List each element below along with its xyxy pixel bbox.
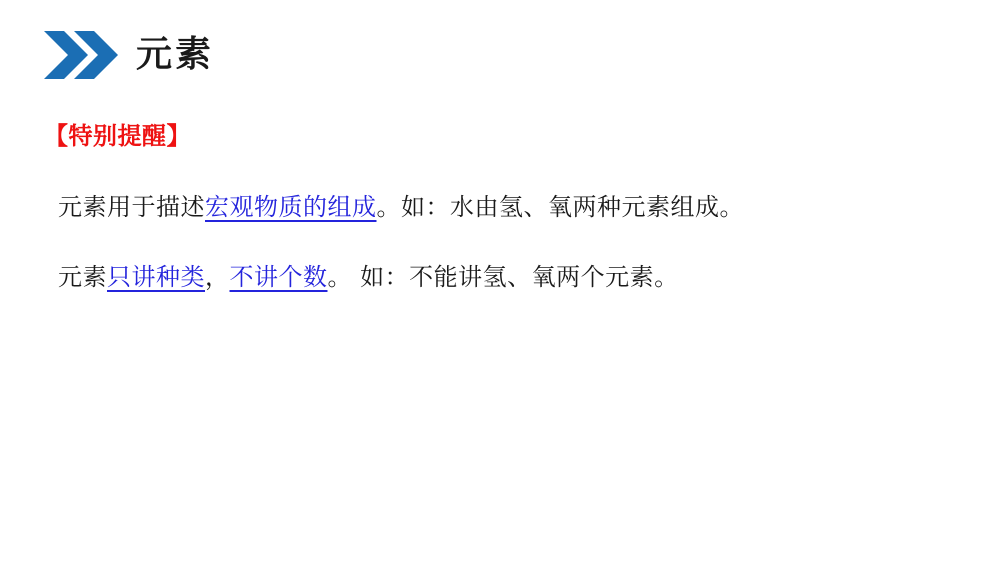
underlined-term-macro-composition: 宏观物质的组成 [205, 193, 377, 221]
text-segment: 。 如：不能讲氢、氧两个元素。 [328, 263, 679, 291]
underlined-term-not-counts: 不讲个数 [230, 263, 328, 291]
text-segment: 元素 [58, 263, 107, 291]
slide-background: 元素 【特别提醒】 元素用于描述宏观物质的组成。如：水由氢、氧两种元素组成。 元… [0, 0, 1000, 563]
paragraph-element-composition: 元素用于描述宏观物质的组成。如：水由氢、氧两种元素组成。 [58, 192, 744, 223]
text-segment: 元素用于描述 [58, 193, 205, 221]
text-segment: ， [205, 263, 230, 291]
underlined-term-only-kinds: 只讲种类 [107, 263, 205, 291]
page-title: 元素 [136, 37, 214, 73]
text-segment: 。如：水由氢、氧两种元素组成。 [377, 193, 745, 221]
slide-header: 元素 [44, 30, 214, 80]
paragraph-element-kinds: 元素只讲种类，不讲个数。 如：不能讲氢、氧两个元素。 [58, 262, 679, 293]
double-chevron-right-icon [44, 31, 118, 79]
reminder-heading: 【特别提醒】 [44, 116, 191, 151]
